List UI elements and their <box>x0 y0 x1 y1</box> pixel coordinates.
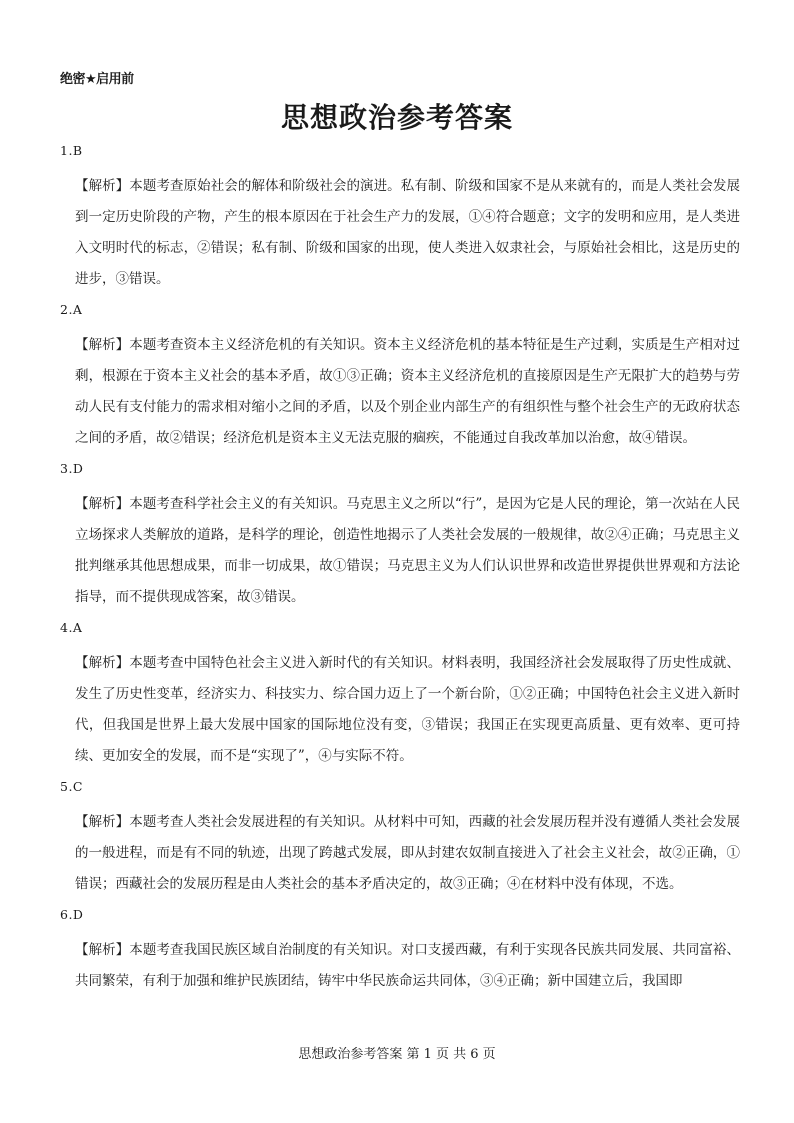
analysis-tag: 【解析】 <box>75 178 129 194</box>
answer-key: 3.D <box>60 458 740 480</box>
question-item: 3.D 【解析】本题考查科学社会主义的有关知识。马克思主义之所以“行”，是因为它… <box>60 458 740 617</box>
page-title: 思想政治参考答案 <box>0 96 794 136</box>
question-item: 6.D 【解析】本题考查我国民族区域自治制度的有关知识。对口支援西藏，有利于实现… <box>60 904 740 1001</box>
explanation-text: 本题考查我国民族区域自治制度的有关知识。对口支援西藏，有利于实现各民族共同发展、… <box>75 942 740 989</box>
analysis-tag: 【解析】 <box>75 942 129 958</box>
explanation: 【解析】本题考查科学社会主义的有关知识。马克思主义之所以“行”，是因为它是人民的… <box>75 480 740 617</box>
explanation: 【解析】本题考查资本主义经济危机的有关知识。资本主义经济危机的基本特征是生产过剩… <box>75 321 740 458</box>
explanation: 【解析】本题考查原始社会的解体和阶级社会的演进。私有制、阶级和国家不是从来就有的… <box>75 162 740 299</box>
explanation-text: 本题考查原始社会的解体和阶级社会的演进。私有制、阶级和国家不是从来就有的，而是人… <box>75 178 740 287</box>
answer-key: 6.D <box>60 904 740 926</box>
question-item: 4.A 【解析】本题考查中国特色社会主义进入新时代的有关知识。材料表明，我国经济… <box>60 617 740 776</box>
page-footer: 思想政治参考答案 第 1 页 共 6 页 <box>0 1043 794 1062</box>
explanation-text: 本题考查人类社会发展进程的有关知识。从材料中可知，西藏的社会发展历程并没有遵循人… <box>75 814 740 892</box>
question-item: 5.C 【解析】本题考查人类社会发展进程的有关知识。从材料中可知，西藏的社会发展… <box>60 776 740 904</box>
analysis-tag: 【解析】 <box>75 655 129 671</box>
explanation: 【解析】本题考查我国民族区域自治制度的有关知识。对口支援西藏，有利于实现各民族共… <box>75 926 740 1001</box>
explanation: 【解析】本题考查人类社会发展进程的有关知识。从材料中可知，西藏的社会发展历程并没… <box>75 798 740 904</box>
answer-key: 4.A <box>60 617 740 639</box>
answer-key: 1.B <box>60 140 740 162</box>
answer-key: 2.A <box>60 299 740 321</box>
explanation: 【解析】本题考查中国特色社会主义进入新时代的有关知识。材料表明，我国经济社会发展… <box>75 639 740 776</box>
question-item: 1.B 【解析】本题考查原始社会的解体和阶级社会的演进。私有制、阶级和国家不是从… <box>60 140 740 299</box>
confidential-label: 绝密★启用前 <box>60 68 134 87</box>
explanation-text: 本题考查中国特色社会主义进入新时代的有关知识。材料表明，我国经济社会发展取得了历… <box>75 655 740 764</box>
analysis-tag: 【解析】 <box>75 496 129 512</box>
answer-key: 5.C <box>60 776 740 798</box>
analysis-tag: 【解析】 <box>75 337 129 353</box>
explanation-text: 本题考查科学社会主义的有关知识。马克思主义之所以“行”，是因为它是人民的理论，第… <box>75 496 740 605</box>
answer-list: 1.B 【解析】本题考查原始社会的解体和阶级社会的演进。私有制、阶级和国家不是从… <box>60 140 740 1001</box>
explanation-text: 本题考查资本主义经济危机的有关知识。资本主义经济危机的基本特征是生产过剩，实质是… <box>75 337 740 446</box>
question-item: 2.A 【解析】本题考查资本主义经济危机的有关知识。资本主义经济危机的基本特征是… <box>60 299 740 458</box>
document-page: 绝密★启用前 思想政治参考答案 1.B 【解析】本题考查原始社会的解体和阶级社会… <box>0 0 794 1123</box>
analysis-tag: 【解析】 <box>75 814 129 830</box>
